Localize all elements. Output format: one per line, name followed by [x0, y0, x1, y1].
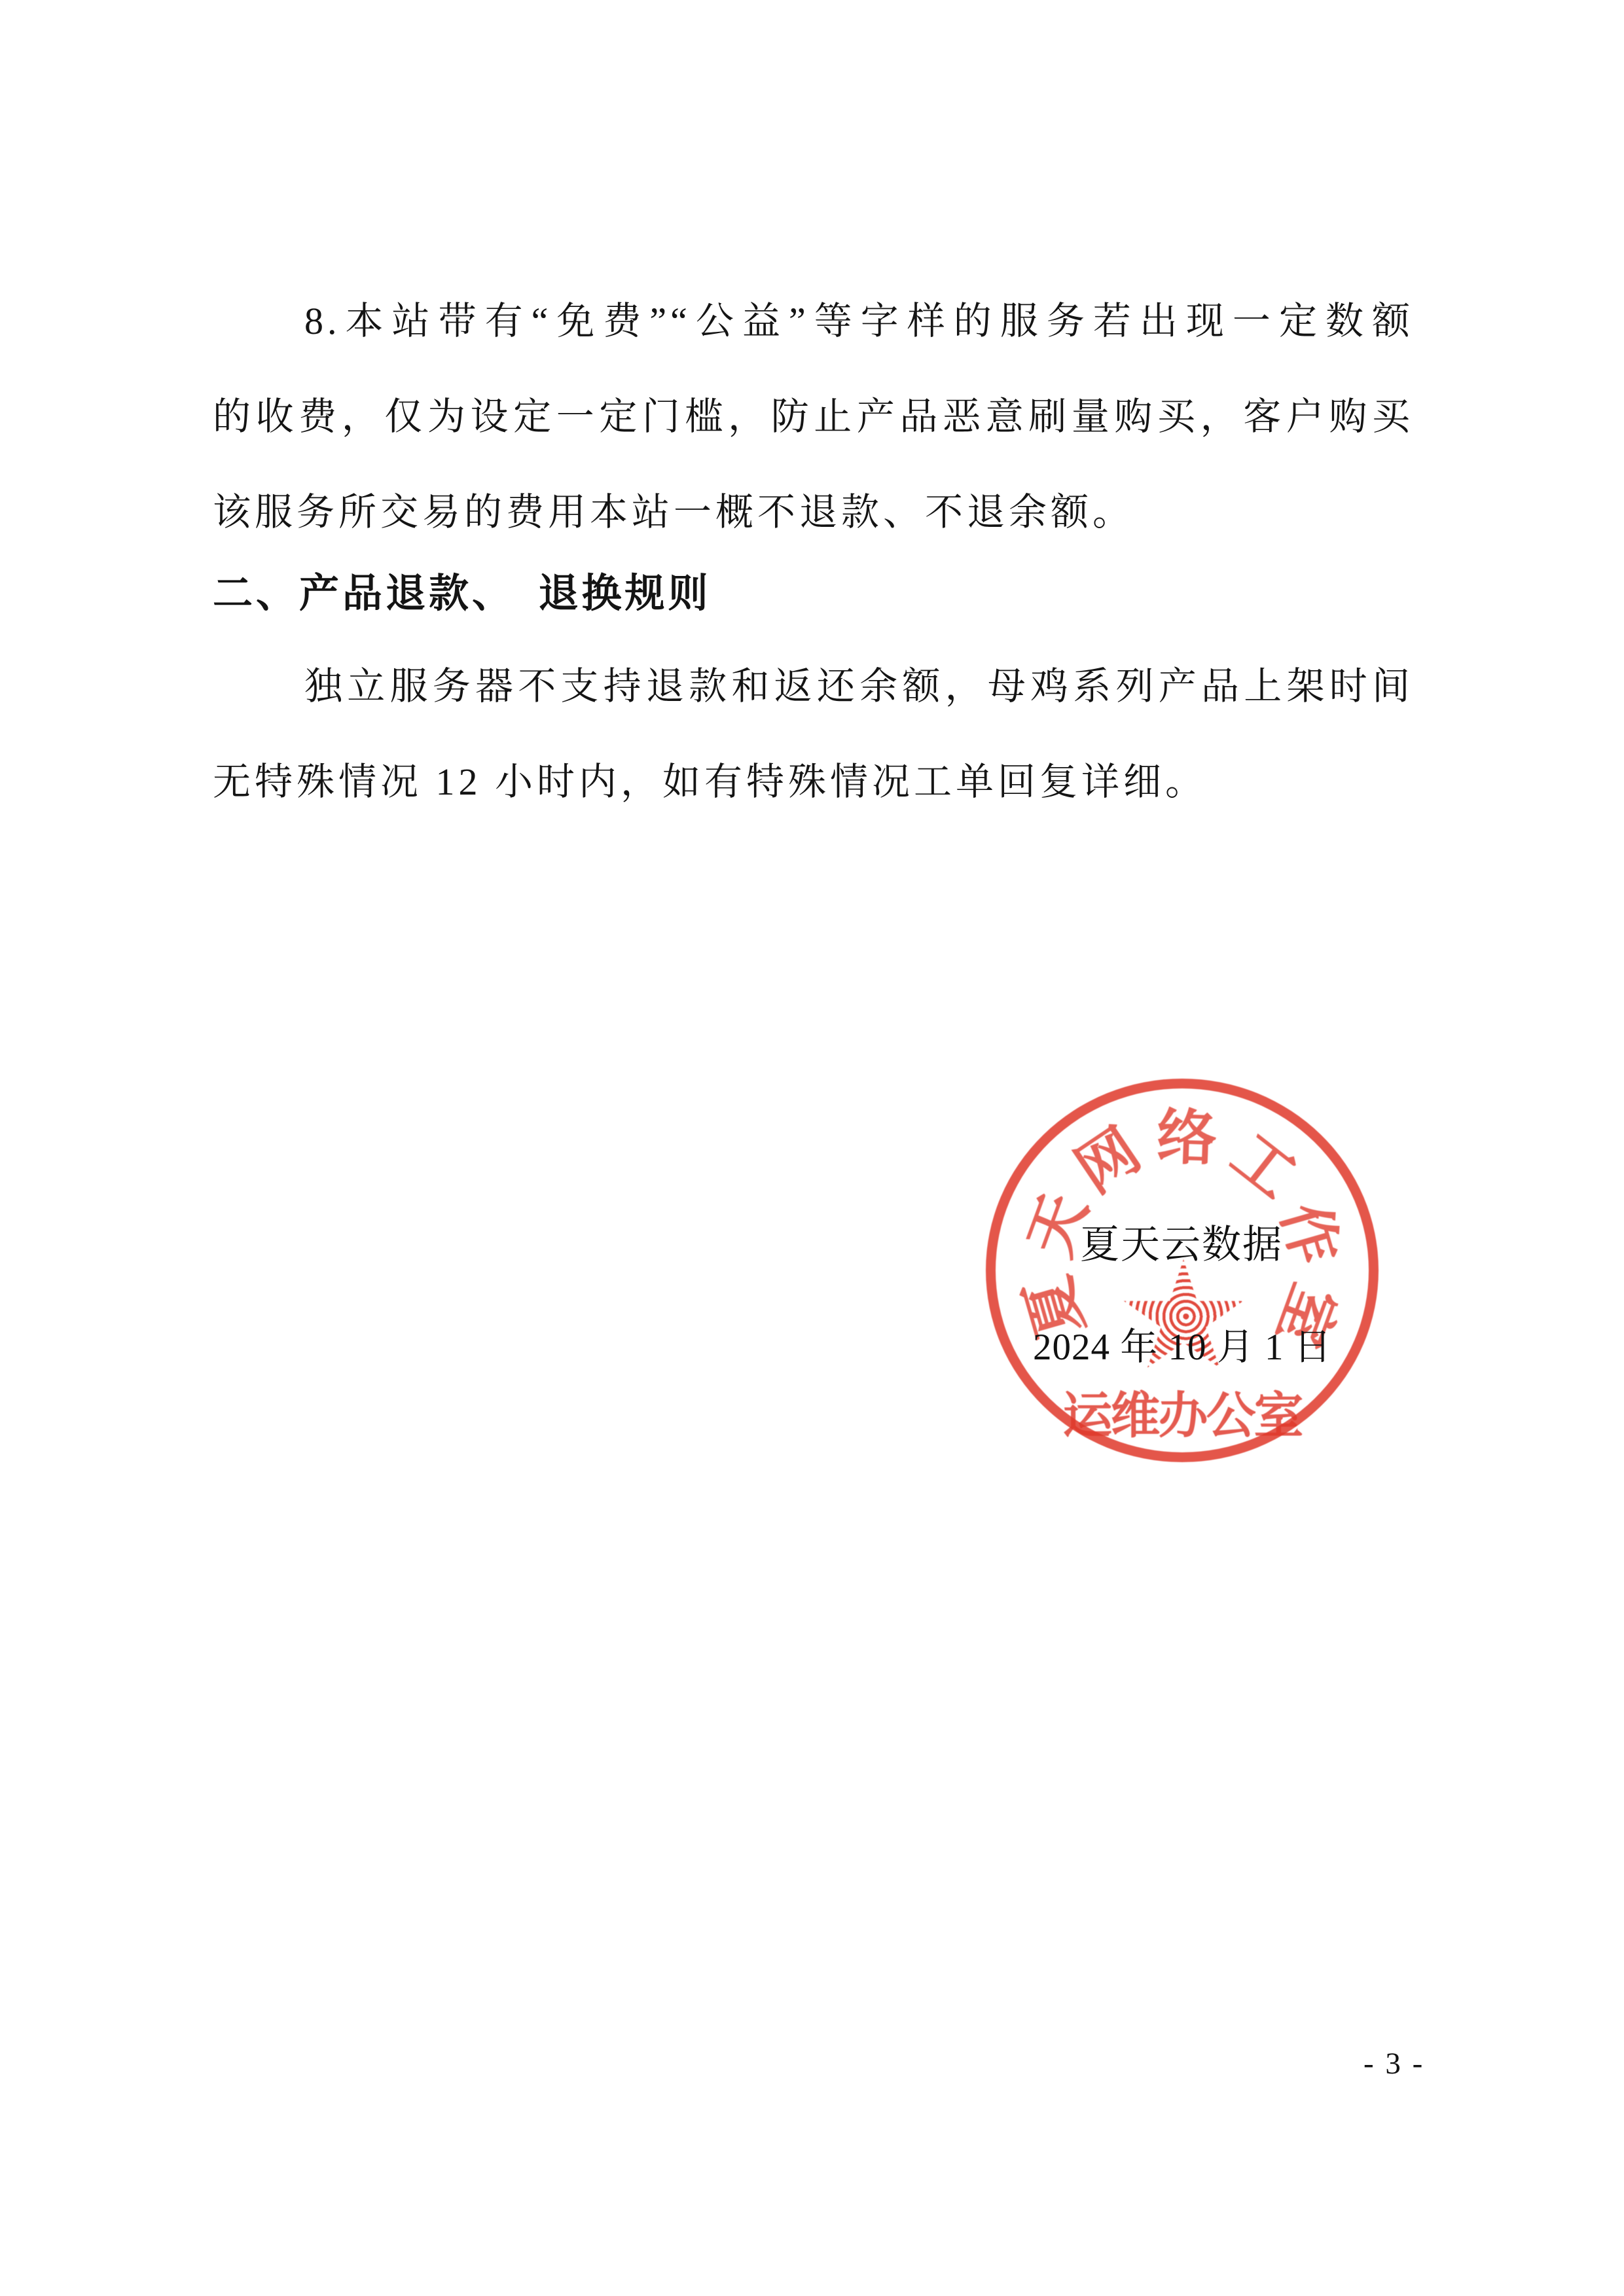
seal-office-text: 运维办公室: [1063, 1376, 1302, 1447]
section-heading-block: 二、产品退款、 退换规则: [213, 547, 1414, 642]
paragraph-line: 独立服务器不支持退款和返还余额，母鸡系列产品上架时间: [213, 639, 1414, 734]
page-number: - 3 -: [1363, 2046, 1424, 2081]
paragraph-item-8: 8.本站带有“免费”“公益”等字样的服务若出现一定数额 的收费，仅为设定一定门槛…: [213, 274, 1414, 560]
signature-company-name: 夏天云数据: [1080, 1213, 1283, 1270]
paragraph-refund: 独立服务器不支持退款和返还余额，母鸡系列产品上架时间 无特殊情况 12 小时内，…: [213, 639, 1414, 830]
paragraph-line: 的收费，仅为设定一定门槛，防止产品恶意刷量购买，客户购买: [213, 369, 1414, 465]
paragraph-line: 8.本站带有“免费”“公益”等字样的服务若出现一定数额: [213, 274, 1414, 369]
section-heading: 二、产品退款、 退换规则: [213, 547, 1414, 642]
paragraph-line: 无特殊情况 12 小时内，如有特殊情况工单回复详细。: [213, 734, 1414, 830]
document-page: 8.本站带有“免费”“公益”等字样的服务若出现一定数额 的收费，仅为设定一定门槛…: [0, 0, 1624, 2296]
signature-date: 2024 年 10 月 1 日: [1033, 1317, 1332, 1371]
official-seal: 夏天网络工作室 运维办公室: [986, 1079, 1379, 1462]
seal-arc-char: 络: [1149, 1101, 1224, 1175]
